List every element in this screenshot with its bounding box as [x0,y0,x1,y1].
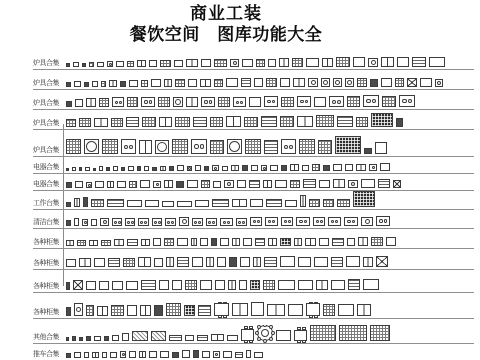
burner-circle-icon [129,145,133,149]
cad-block-g [175,79,185,87]
cad-block-c2 [344,217,358,226]
cad-block-p [94,336,101,341]
burner-circle-icon [131,221,134,224]
category-label: 炉具合集 [33,78,63,89]
cad-block-p [213,181,221,188]
cad-block-p [127,200,142,207]
cad-block-c2 [138,218,149,226]
cad-block-p [249,97,261,107]
burner-circle-icon [144,100,148,104]
cad-block-st [332,238,344,246]
cad-block-p [74,218,79,226]
block-strip [63,95,474,109]
category-label: 电器合集 [33,162,63,173]
cad-block-g [263,280,275,290]
cad-block-p [280,256,295,267]
cad-block-p [177,238,188,246]
cad-block-p [149,351,157,358]
cad-block-s [114,239,124,246]
cad-block-s [294,238,302,246]
cad-block-g [382,96,396,107]
burner-circle-icon [88,184,91,187]
cad-block-s [363,257,373,267]
cad-block-f [72,336,76,341]
cad-block-g [337,199,350,207]
cad-block-c2 [112,97,124,107]
cad-block-g [99,98,109,107]
category-label: 炉具合集 [33,98,63,109]
chair-icon [309,315,313,318]
cad-block-st [169,335,182,341]
cad-block-s [166,257,174,267]
cad-block-s [66,240,74,246]
cad-block-st [241,78,251,87]
burner-circle-icon [86,141,97,152]
cad-block-p [177,165,184,171]
cad-block-c1 [369,164,377,171]
cad-block-c1 [345,78,354,87]
cad-block-c2 [141,97,155,107]
cad-block-f [211,238,217,246]
cad-block-p [338,304,354,316]
cad-block-g [281,97,294,107]
cad-block-p [314,257,328,267]
cad-block-c1 [308,78,318,87]
cad-block-p [278,280,295,290]
cad-block-p [185,335,194,341]
cad-block-c1 [84,139,99,154]
burner-circle-icon [124,145,128,149]
burner-circle-icon [242,221,245,224]
cad-block-d [353,191,375,207]
cad-block-p [319,180,330,188]
cad-block-st [378,179,390,188]
cad-block-c1 [107,61,113,67]
cad-block-c1 [321,78,330,87]
cad-block-s [74,198,80,207]
cad-block-c2 [329,96,344,107]
cad-block-f [66,202,71,207]
category-label: 炉具合集 [33,58,63,69]
cad-block-p [386,237,396,246]
cad-block-g [127,97,138,107]
burner-circle-icon [272,220,275,223]
page-title: 商业工装 [0,4,452,25]
cad-block-p [280,78,290,87]
cad-block-p [112,335,119,341]
cad-block-c1 [361,217,373,226]
chair-icon [263,325,267,327]
chair-icon [309,302,313,303]
cad-block-c1 [100,218,109,226]
category-row: 炉具合集 [33,110,474,130]
cad-block-s [160,166,166,171]
block-strip [63,136,474,156]
cad-block-g [89,62,94,67]
cad-block-g [111,305,124,316]
cad-block-p [195,165,201,171]
library-table: 炉具合集炉具合集炉具合集炉具合集炉具合集电器合集电器合集工作台集清洁台集各种柜集… [33,52,474,360]
burner-circle-icon [209,100,213,104]
cad-block-c1 [368,58,378,67]
burner-circle-icon [289,145,293,149]
cad-block-st [261,116,277,127]
cad-block-st [108,258,120,267]
cad-block-g [101,240,111,246]
block-strip [63,279,474,292]
cad-block-g [323,304,335,316]
block-strip [63,350,474,360]
cad-block-c2 [313,217,325,226]
cad-block-p [254,352,263,358]
cad-block-p [92,81,98,87]
cad-block-c2 [297,96,311,107]
cad-block-p [112,281,123,290]
cad-block-p [361,179,375,188]
cad-block-f [66,282,70,290]
burner-circle-icon [408,99,413,104]
cad-block-p [381,78,392,87]
cad-block-c1 [74,303,83,316]
cad-block-s [268,238,277,246]
cad-block-p [110,352,117,358]
block-strip [63,163,474,173]
cad-block-c1 [155,140,169,154]
cad-block-f [66,220,71,226]
burner-circle-icon [149,100,153,104]
block-strip [63,179,474,190]
cad-block-p [429,57,445,67]
cad-block-c1 [86,182,92,188]
cad-block-c1 [213,351,220,358]
cad-block-g [91,199,104,207]
category-row: 各种柜集 [33,249,474,270]
cad-block-c2 [192,218,203,226]
cad-block-s [356,164,366,171]
cad-block-p [187,180,198,188]
burner-circle-icon [379,219,383,223]
cad-block-p [363,279,379,290]
cad-block-f [169,166,174,171]
burner-circle-icon [288,220,291,223]
cad-block-p [116,61,124,67]
cad-block-s [94,118,108,127]
cad-block-c2 [264,96,278,107]
cad-block-p [353,57,365,67]
burner-circle-icon [204,100,208,104]
burner-circle-icon [115,101,118,104]
cad-block-f [370,79,378,87]
cad-block-p [75,99,83,107]
cad-block-c2 [236,218,247,226]
cad-block-p [242,59,253,67]
cad-block-p [128,166,134,171]
cad-block-g [77,240,86,246]
cad-block-c2 [376,216,390,226]
cad-block-tb [294,330,307,341]
cad-block-st [266,199,282,207]
category-row: 炉具合集 [33,52,474,70]
category-row: 其他合集 [33,319,474,344]
cad-block-s [206,257,214,267]
cad-block-f [364,148,372,154]
cad-block-st [264,140,278,154]
category-row: 各种柜集 [33,293,474,319]
cad-block-p [73,62,79,67]
burner-circle-icon [305,100,309,104]
cad-block-s [316,280,328,290]
chair-icon [255,331,259,335]
category-row: 炉具合集 [33,90,474,110]
burner-circle-icon [257,220,260,223]
cad-block-p [275,180,287,188]
cad-block-c1 [333,78,342,87]
cad-block-c2 [165,218,176,226]
cad-block-s [263,180,272,188]
cad-block-g [127,61,134,67]
burner-circle-icon [194,221,197,224]
cad-block-st [197,335,208,341]
cad-block-f [176,181,184,188]
chair-icon [223,315,227,318]
burner-circle-icon [263,167,266,170]
burner-circle-icon [299,220,303,224]
cad-block-st [337,116,353,127]
burner-circle-icon [335,80,340,85]
chair-icon [257,337,261,341]
cad-block-f [66,63,70,67]
cad-block-x [73,280,83,290]
burner-circle-icon [253,220,256,223]
cad-block-st [348,279,360,290]
category-label: 炉具合集 [33,145,63,156]
cad-block-p [254,78,263,87]
burner-circle-icon [311,80,316,85]
cad-block-f [79,337,83,341]
cad-block-p [122,333,129,341]
cad-block-p [237,180,246,188]
cad-block-st [235,352,243,358]
cad-block-f [93,168,96,171]
cad-block-s [186,59,198,67]
cad-block-p [129,80,138,87]
cad-block-p [397,57,409,67]
cad-block-p [298,280,313,290]
burner-circle-icon [347,80,352,85]
burner-circle-icon [236,101,239,104]
chair-icon [269,325,273,329]
cad-block-p [375,142,387,154]
cad-block-g [312,164,320,171]
cad-block-f [204,166,209,171]
cad-block-p [195,200,209,207]
cad-block-st [212,199,229,207]
cad-block-g [66,139,81,154]
burner-circle-icon [198,221,201,224]
cad-block-g [280,116,294,127]
cad-block-x [393,180,401,188]
cad-block-f [84,82,89,87]
category-label: 电器合集 [33,179,63,190]
cad-block-s [232,199,247,207]
category-label: 各种柜集 [33,258,63,269]
cad-block-g [316,115,334,127]
cad-block-g [347,96,360,107]
category-label: 各种柜集 [33,281,63,292]
cad-block-rt [257,325,273,341]
category-label: 清洁台集 [33,217,63,228]
cad-block-p [250,199,263,207]
cad-block-f [66,353,71,358]
cad-block-s [297,116,313,127]
block-strip [63,78,474,89]
burner-circle-icon [366,99,371,104]
cad-block-g [210,117,223,127]
cad-block-p [85,167,90,171]
cad-block-s [200,79,211,87]
cad-block-g [86,305,94,316]
page-header: 商业工装 餐饮空间 图库功能大全 [0,4,452,46]
cad-block-s [191,238,197,246]
cad-block-g [175,117,190,127]
burner-circle-icon [175,99,181,105]
category-row: 各种柜集 [33,270,474,293]
category-label: 推车合集 [33,349,63,360]
cad-block-s [290,164,299,171]
cad-block-p [94,258,105,267]
cad-block-f [82,63,86,67]
cad-block-g [185,280,197,290]
cad-block-p [172,280,182,290]
cad-block-st [303,179,316,188]
block-strip [63,256,474,269]
cad-block-g [141,80,148,87]
category-row: 工作台集 [33,191,474,210]
category-row: 电器合集 [33,174,474,191]
burner-circle-icon [157,142,167,152]
cad-block-p [99,166,103,171]
cad-block-g [166,303,181,316]
cad-block-g [309,199,320,207]
chair-icon [271,331,275,335]
cad-block-st [412,57,426,67]
burner-circle-icon [365,219,370,224]
cad-block-s [267,304,285,316]
burner-circle-icon [229,141,240,152]
burner-circle-icon [233,61,237,65]
cad-block-p [346,256,360,267]
cad-block-p [298,257,311,267]
chair-icon [269,337,273,341]
burner-circle-icon [158,221,161,224]
cad-block-s [140,305,151,316]
burner-circle-icon [140,221,143,224]
cad-block-g [290,180,300,188]
cad-block-st [177,257,189,267]
burner-circle-icon [227,182,231,186]
burner-circle-icon [223,221,226,224]
cad-block-p [246,350,251,358]
burner-circle-icon [240,101,243,104]
cad-block-p [177,201,192,207]
cad-block-c1 [230,59,239,67]
cad-block-x [407,78,417,87]
cad-block-g [66,119,76,127]
burner-circle-icon [156,183,159,186]
burner-circle-icon [372,99,377,104]
cad-block-s [253,257,261,267]
cad-block-f [121,167,125,171]
cad-block-s [322,58,333,67]
cad-block-f [86,336,91,341]
chair-icon [223,302,227,303]
cad-block-p [188,79,197,87]
burner-circle-icon [200,144,205,149]
burner-circle-icon [268,220,271,223]
burner-circle-icon [109,63,112,66]
category-label: 其他合集 [33,332,63,343]
cad-block-g [357,78,367,87]
cad-block-g [101,81,106,87]
cad-block-c2 [250,217,262,226]
cad-block-c1 [187,166,192,171]
cad-block-s [107,181,114,188]
burner-circle-icon [212,221,215,224]
cad-block-p [345,164,353,171]
burner-circle-icon [122,353,125,356]
cad-block-s [164,180,173,188]
cad-block-f [172,352,179,358]
cad-block-s [228,280,236,290]
cad-block-p [84,352,89,358]
cad-block-f [229,257,237,267]
cad-block-p [151,79,161,87]
block-strip [63,237,474,248]
cad-block-g [164,238,174,246]
category-label: 各种柜集 [33,237,63,248]
burner-circle-icon [437,81,441,85]
cad-block-p [200,280,212,290]
cad-block-g [292,58,303,67]
burner-circle-icon [332,100,336,104]
chair-icon [302,340,306,343]
cad-block-s [293,78,305,87]
cad-block-p [72,167,76,171]
cad-block-p [74,81,81,87]
cad-block-p [239,280,247,290]
cad-block-g [318,140,332,154]
cad-block-p [153,238,161,246]
burner-circle-icon [154,221,157,224]
cad-block-p [276,330,291,341]
cad-block-f [66,182,72,188]
cad-block-g [218,97,230,107]
cad-block-p [288,304,303,316]
cad-block-d [184,305,195,316]
cad-block-f [120,81,126,87]
cad-block-s [358,237,368,246]
block-strip [63,216,474,228]
cad-block-f [152,167,157,171]
chair-icon [244,340,248,343]
cad-block-p [220,238,229,246]
cad-block-d [335,136,361,154]
cad-block-s [92,352,99,358]
cad-block-p [226,78,238,87]
burner-circle-icon [194,144,199,149]
burner-circle-icon [144,221,147,224]
burner-circle-icon [182,219,187,224]
